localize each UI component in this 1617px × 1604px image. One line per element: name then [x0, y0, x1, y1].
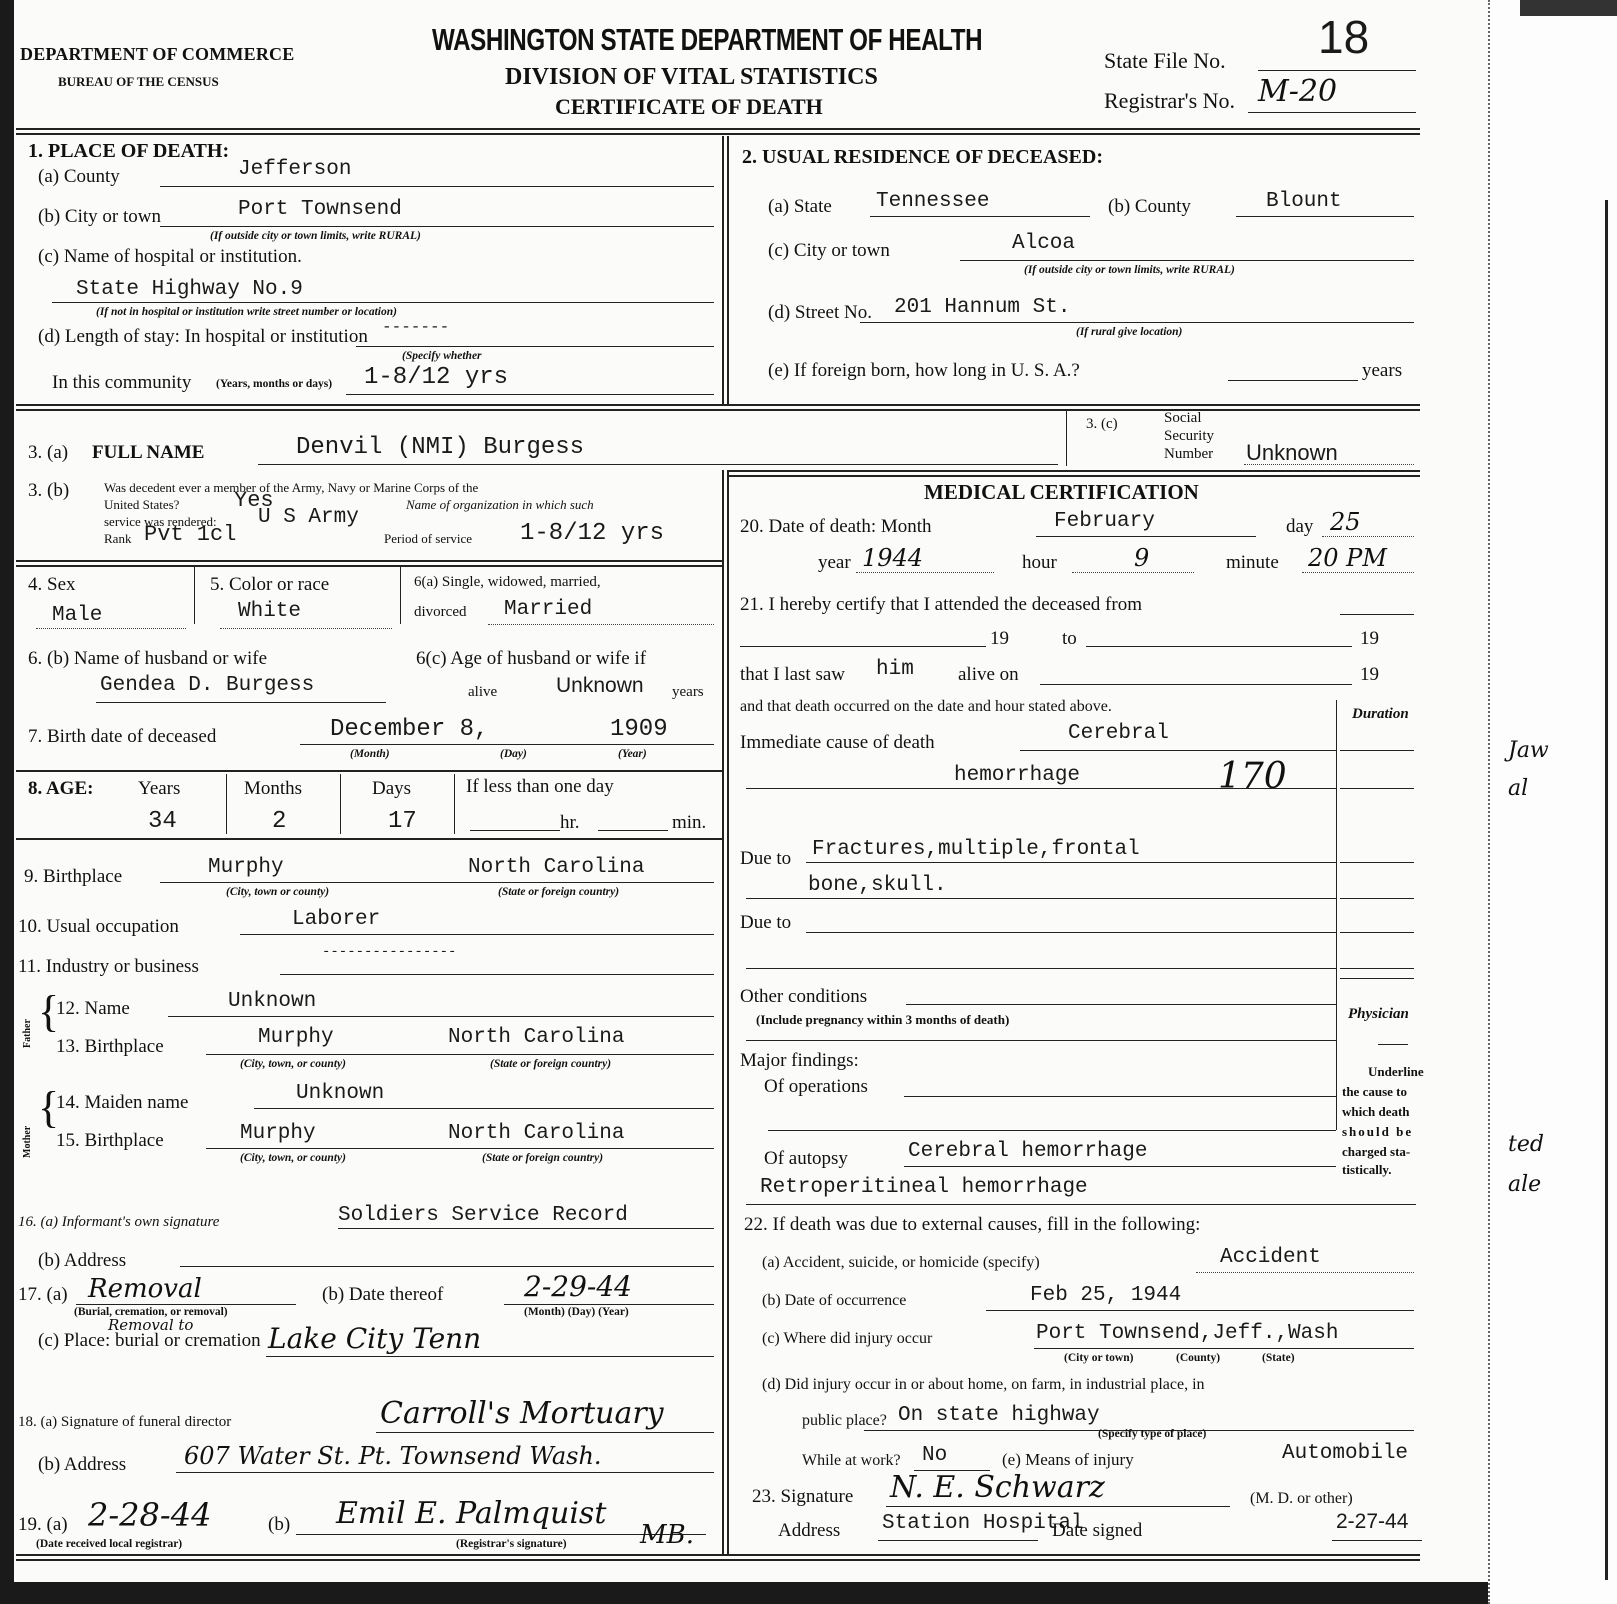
footer-divider [16, 1554, 1420, 1561]
scan-bottom-border [0, 1582, 1617, 1604]
death-year-value: 1944 [862, 544, 923, 572]
father-birthplace-state: North Carolina [448, 1026, 624, 1049]
injury-place-value: On state highway [898, 1404, 1100, 1427]
ssn-value: Unknown [1246, 440, 1338, 466]
due-to-value-1: Fractures,multiple,frontal [812, 838, 1140, 861]
mother-name-value: Unknown [296, 1082, 384, 1105]
registrar-signature: Emil E. Palmquist [336, 1496, 606, 1531]
funeral-address-value: 607 Water St. Pt. Townsend Wash. [184, 1442, 602, 1470]
registrar-label: Registrar's No. [1104, 88, 1235, 114]
father-side-label: Father [22, 1019, 33, 1048]
at-work-label: While at work? [802, 1452, 901, 1470]
military-question: Was decedent ever a member of the Army, … [104, 480, 478, 496]
mother-side-label: Mother [22, 1126, 33, 1158]
hr-label: hr. [560, 812, 580, 834]
spouse-value: Gendea D. Burgess [100, 674, 314, 697]
last-saw-label: that I last saw [740, 664, 845, 686]
age-label: 8. AGE: [28, 778, 93, 800]
industry-label: 11. Industry or business [18, 956, 199, 978]
registrar-date-note: (Date received local registrar) [36, 1538, 182, 1550]
city-label: (b) City or town [38, 206, 161, 228]
state-note: (State or foreign country) [498, 886, 619, 898]
military-question: United States? [104, 497, 179, 513]
due-to-label: Due to [740, 912, 791, 934]
residence-county-value: Blount [1266, 190, 1342, 213]
county-label: (a) County [38, 166, 120, 188]
disposition-date-label: (b) Date thereof [322, 1284, 443, 1306]
mother-birthplace-label: 15. Birthplace [56, 1130, 164, 1152]
state-note: (State or foreign country) [490, 1058, 611, 1070]
spouse-age-value: Unknown [556, 674, 644, 698]
residence-city-note: (If outside city or town limits, write R… [1024, 264, 1235, 276]
underline-note-line: should be [1342, 1124, 1413, 1140]
spouse-alive-label: alive [468, 684, 497, 701]
autopsy-value-2: Retroperitineal hemorrhage [760, 1176, 1088, 1199]
rank-label: Rank [104, 531, 131, 547]
funeral-director-value: Carroll's Mortuary [380, 1396, 664, 1431]
spouse-age-label: 6(c) Age of husband or wife if [416, 648, 646, 670]
injury-place-label: (d) Did injury occur in or about home, o… [762, 1376, 1205, 1394]
injury-location-value: Port Townsend,Jeff.,Wash [1036, 1322, 1338, 1345]
bureau-label: BUREAU OF THE CENSUS [58, 74, 219, 90]
autopsy-label: Of autopsy [764, 1148, 848, 1170]
injury-means-label: (e) Means of injury [1002, 1450, 1134, 1470]
birth-month-day-value: December 8, [330, 716, 488, 743]
immediate-cause-label: Immediate cause of death [740, 732, 935, 754]
disposition-date-value: 2-29-44 [524, 1270, 632, 1303]
right-margin: Jaw al ted ale [1488, 0, 1617, 1604]
nineteen-label: 19 [1360, 664, 1379, 686]
mother-name-label: 14. Maiden name [56, 1092, 188, 1114]
full-name-value: Denvil (NMI) Burgess [296, 434, 584, 461]
certifier-signature-label: 23. Signature [752, 1486, 853, 1508]
county-note: (County) [1176, 1352, 1220, 1364]
margin-stamp [1520, 0, 1617, 16]
birth-year-value: 1909 [610, 716, 668, 743]
immediate-cause-value-2: hemorrhage [954, 764, 1080, 787]
residence-city-value: Alcoa [1012, 232, 1075, 255]
community-note: (Years, months or days) [216, 378, 332, 390]
underline-note-line: tistically. [1342, 1162, 1391, 1178]
death-day-value: 25 [1330, 508, 1361, 536]
marital-value: Married [504, 598, 592, 621]
immediate-cause-value-1: Cerebral [1068, 722, 1169, 745]
disposition-type-value: Removal [88, 1274, 202, 1304]
community-label: In this community [52, 372, 191, 394]
place-note: (Specify type of place) [1098, 1428, 1206, 1440]
death-county-value: Jefferson [238, 158, 351, 181]
street-note: (If rural give location) [1076, 326, 1182, 338]
full-name-label: FULL NAME [92, 442, 204, 464]
months-label: Months [244, 778, 302, 800]
informant-label: 16. (a) Informant's own signature [18, 1214, 219, 1231]
sex-label: 4. Sex [28, 574, 76, 596]
cause-code: 170 [1218, 756, 1287, 797]
registrar-date-value: 2-28-44 [88, 1496, 211, 1534]
registrar-value: M-20 [1258, 74, 1337, 109]
years-suffix: years [1362, 360, 1402, 382]
marital-label: divorced [414, 604, 466, 621]
mother-birthplace-city: Murphy [240, 1122, 316, 1145]
race-label: 5. Color or race [210, 574, 329, 596]
margin-note: ted [1508, 1132, 1544, 1157]
day-note: (Day) [500, 748, 527, 760]
section-divider [16, 770, 722, 772]
section-heading: 1. PLACE OF DEATH: [28, 140, 229, 163]
residence-city-label: (c) City or town [768, 240, 890, 262]
injury-place-label: public place? [802, 1412, 887, 1430]
death-type-value: Accident [1220, 1246, 1321, 1269]
section-divider [16, 404, 1420, 411]
community-value: 1-8/12 yrs [364, 364, 508, 391]
scan-left-border [0, 0, 14, 1604]
father-birthplace-city: Murphy [258, 1026, 334, 1049]
occurrence-date-label: (b) Date of occurrence [762, 1292, 906, 1310]
city-note: (City, town, or county) [240, 1058, 346, 1070]
other-conditions-note: (Include pregnancy within 3 months of de… [756, 1012, 1009, 1028]
state-label: (a) State [768, 196, 832, 218]
margin-edge [1605, 200, 1611, 1580]
year-note: (Year) [618, 748, 647, 760]
duration-column-divider [1336, 700, 1337, 1130]
city-note: (City or town) [1064, 1352, 1133, 1364]
less-than-day-label: If less than one day [466, 776, 614, 798]
nineteen-label: 19 [990, 628, 1009, 650]
occurrence-date-value: Feb 25, 1944 [1030, 1284, 1181, 1307]
street-label: (d) Street No. [768, 302, 872, 324]
registrar-initials: MB. [640, 1520, 694, 1550]
nineteen-label: 19 [1360, 628, 1379, 650]
margin-note: al [1508, 776, 1528, 801]
month-note: (Month) [350, 748, 390, 760]
ssn-label-num: 3. (c) [1086, 416, 1118, 433]
death-hour-value: 9 [1134, 544, 1149, 572]
spouse-label: 6. (b) Name of husband or wife [28, 648, 267, 670]
major-findings-label: Major findings: [740, 1050, 859, 1072]
city-note: (If outside city or town limits, write R… [210, 230, 421, 242]
state-note: (State or foreign country) [482, 1152, 603, 1164]
death-city-value: Port Townsend [238, 198, 402, 221]
stay-label: (d) Length of stay: In hospital or insti… [38, 326, 368, 348]
alive-on-label: alive on [958, 664, 1019, 686]
hospital-value: State Highway No.9 [76, 278, 303, 301]
margin-note: Jaw [1508, 738, 1549, 763]
specify-note: (Specify whether [402, 350, 482, 362]
day-label: day [1286, 516, 1313, 538]
days-label: Days [372, 778, 411, 800]
rank-value: Pvt 1cl [144, 522, 236, 547]
registrar-sig-note: (Registrar's signature) [456, 1538, 567, 1550]
marital-label: 6(a) Single, widowed, married, [414, 574, 601, 591]
period-label: Period of service [384, 531, 472, 547]
foreign-born-label: (e) If foreign born, how long in U. S. A… [768, 360, 1080, 382]
ssn-label: Security [1164, 428, 1214, 445]
underline-note-line: charged sta- [1342, 1144, 1410, 1160]
period-value: 1-8/12 yrs [520, 520, 664, 547]
certificate-label: CERTIFICATE OF DEATH [555, 94, 823, 120]
birthplace-state-value: North Carolina [468, 856, 644, 879]
at-work-value: No [922, 1444, 947, 1467]
date-signed-label: Date signed [1052, 1520, 1142, 1542]
medical-heading: MEDICAL CERTIFICATION [924, 480, 1199, 505]
autopsy-value-1: Cerebral hemorrhage [908, 1140, 1147, 1163]
age-months-value: 2 [272, 808, 286, 835]
other-conditions-label: Other conditions [740, 986, 867, 1008]
death-date-label: 20. Date of death: Month [740, 516, 932, 538]
occurred-label: and that death occurred on the date and … [740, 698, 1112, 716]
registrar-date-label: 19. (a) [18, 1514, 68, 1536]
main-column-divider [722, 470, 729, 1554]
operations-label: Of operations [764, 1076, 868, 1098]
death-type-label: (a) Accident, suicide, or homicide (spec… [762, 1254, 1040, 1272]
informant-value: Soldiers Service Record [338, 1204, 628, 1227]
injury-location-label: (c) Where did injury occur [762, 1330, 932, 1348]
industry-value: ---------------- [322, 944, 456, 960]
pronoun-value: him [876, 658, 914, 681]
certifier-address-label: Address [778, 1520, 840, 1542]
minute-label: minute [1226, 552, 1279, 574]
father-birthplace-label: 13. Birthplace [56, 1036, 164, 1058]
due-to-value-2: bone,skull. [808, 874, 947, 897]
due-to-label: Due to [740, 848, 791, 870]
name-label-num: 3. (a) [28, 442, 68, 464]
birth-date-label: 7. Birth date of deceased [28, 726, 216, 748]
burial-place-value: Lake City Tenn [268, 1322, 481, 1355]
duration-label: Duration [1352, 706, 1409, 723]
to-label: to [1062, 628, 1077, 650]
org-label: Name of organization in which such [406, 497, 594, 513]
date-signed-value: 2-27-44 [1336, 1510, 1408, 1534]
header-divider [16, 128, 1420, 135]
underline-note-line: Underline [1368, 1064, 1424, 1080]
residence-street-value: 201 Hannum St. [894, 296, 1070, 319]
medical-divider [728, 470, 1420, 477]
residence-state-value: Tennessee [876, 190, 989, 213]
removal-annotation: Removal to [108, 1316, 193, 1334]
underline-note-line: which death [1342, 1104, 1410, 1120]
page-title: WASHINGTON STATE DEPARTMENT OF HEALTH [432, 22, 982, 58]
date-note: (Month) (Day) (Year) [524, 1306, 629, 1318]
top-column-divider [722, 136, 729, 404]
years-suffix: years [672, 684, 704, 701]
injury-means-value: Automobile [1282, 1442, 1408, 1465]
city-note: (City, town, or county) [240, 1152, 346, 1164]
registrar-sig-label: (b) [268, 1514, 290, 1536]
state-note: (State) [1262, 1352, 1295, 1364]
year-label: year [818, 552, 851, 574]
occupation-label: 10. Usual occupation [18, 916, 179, 938]
mother-birthplace-state: North Carolina [448, 1122, 624, 1145]
birthplace-city-value: Murphy [208, 856, 284, 879]
section-heading: 2. USUAL RESIDENCE OF DECEASED: [742, 146, 1103, 169]
underline-note-line: the cause to [1342, 1084, 1407, 1100]
min-label: min. [672, 812, 706, 834]
section-divider [16, 838, 722, 840]
ssn-label: Social [1164, 410, 1202, 427]
birthplace-label: 9. Birthplace [24, 866, 122, 888]
funeral-address-label: (b) Address [38, 1454, 126, 1476]
sex-value: Male [52, 604, 102, 627]
physician-label: Physician [1348, 1006, 1409, 1023]
disposition-label: 17. (a) [18, 1284, 68, 1306]
age-years-value: 34 [148, 808, 177, 835]
md-label: (M. D. or other) [1250, 1490, 1353, 1508]
residence-county-label: (b) County [1108, 196, 1191, 218]
age-days-value: 17 [388, 808, 417, 835]
external-causes-heading: 22. If death was due to external causes,… [744, 1214, 1200, 1236]
hospital-note: (If not in hospital or institution write… [96, 306, 397, 318]
informant-address-label: (b) Address [38, 1250, 126, 1272]
city-note: (City, town or county) [226, 886, 329, 898]
dept-label: DEPARTMENT OF COMMERCE [20, 44, 294, 65]
certifier-signature: N. E. Schwarz [890, 1470, 1105, 1505]
certify-label: 21. I hereby certify that I attended the… [740, 594, 1142, 616]
father-name-label: 12. Name [56, 998, 130, 1020]
race-value: White [238, 600, 301, 623]
hour-label: hour [1022, 552, 1057, 574]
stay-hospital-value: ------- [382, 318, 449, 336]
military-label-num: 3. (b) [28, 480, 69, 502]
military-org-value: U S Army [258, 506, 359, 529]
years-label: Years [138, 778, 180, 800]
division-label: DIVISION OF VITAL STATISTICS [505, 64, 878, 91]
death-month-value: February [1054, 510, 1155, 533]
margin-note: ale [1508, 1172, 1541, 1197]
hospital-label: (c) Name of hospital or institution. [38, 246, 302, 268]
funeral-director-label: 18. (a) Signature of funeral director [18, 1414, 231, 1431]
father-name-value: Unknown [228, 990, 316, 1013]
ssn-label: Number [1164, 446, 1213, 463]
state-file-label: State File No. [1104, 48, 1226, 74]
section-divider [16, 560, 722, 567]
occupation-value: Laborer [292, 908, 380, 931]
death-minute-value: 20 PM [1308, 544, 1387, 572]
death-certificate: Jaw al ted ale DEPARTMENT OF COMMERCE BU… [0, 0, 1617, 1604]
state-file-value: 18 [1318, 10, 1369, 64]
